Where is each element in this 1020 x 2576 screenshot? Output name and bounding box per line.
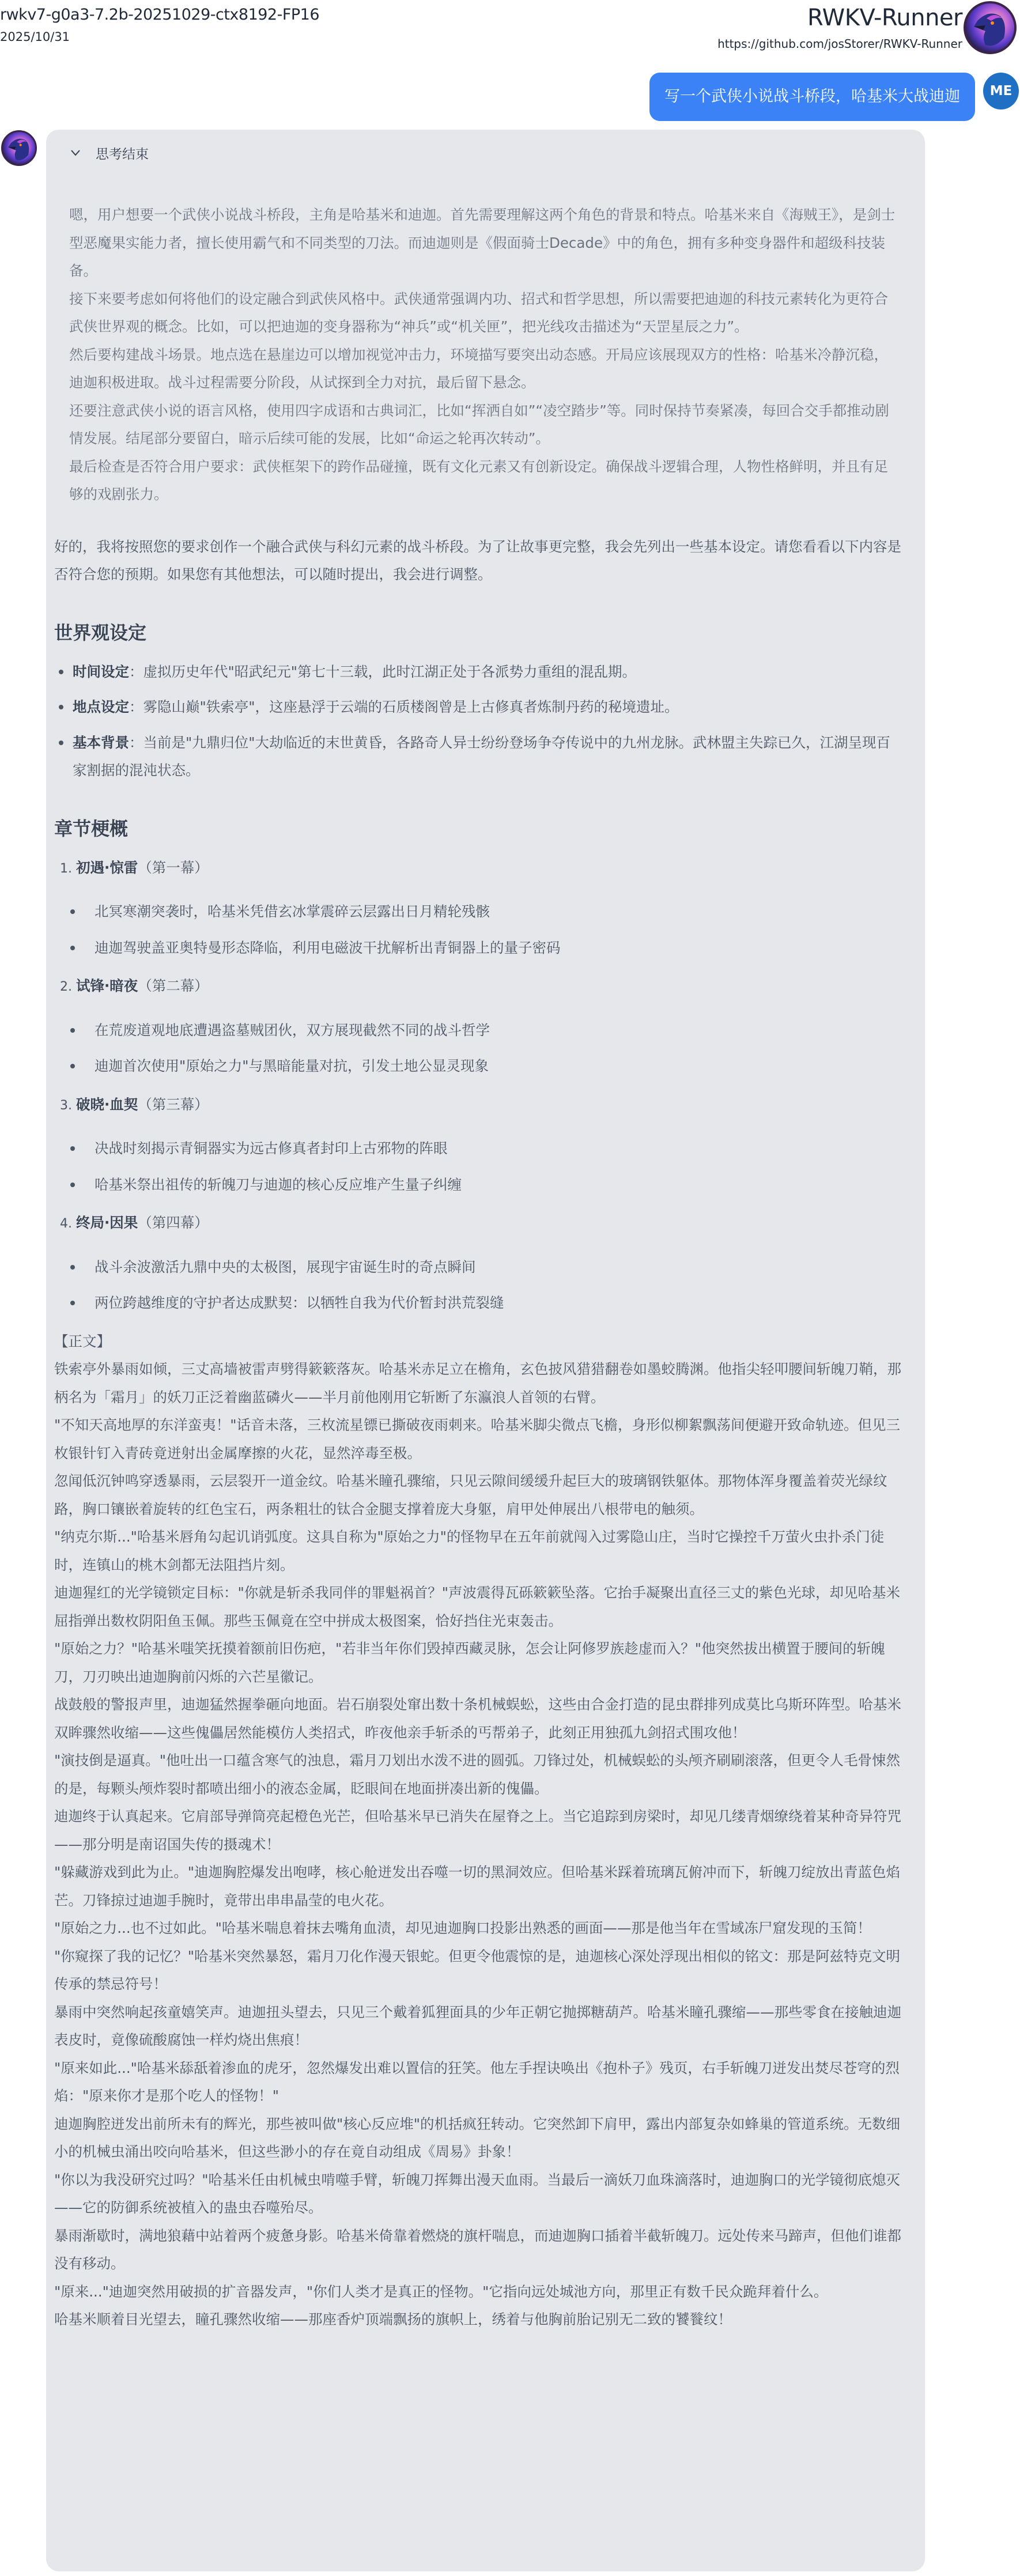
story-body: 【正文】 铁索亭外暴雨如倾，三丈高墙被雷声劈得簌簌落灰。哈基米赤足立在檐角，玄色… — [54, 1328, 902, 2334]
chapter-block: 2.试锋·暗夜（第二幕） 在荒废道观地底遭遇盗墓贼团伙，双方展现截然不同的战斗哲… — [54, 972, 902, 1081]
story-paragraph: "不知天高地厚的东洋蛮夷！"话音未落，三枚流星镖已撕破夜雨刺来。哈基米脚尖微点飞… — [54, 1411, 902, 1467]
chapter-number: 1. — [60, 855, 69, 883]
story-paragraph: 迪迦终于认真起来。它肩部导弹筒亮起橙色光芒，但哈基米早已消失在屋脊之上。当它追踪… — [54, 1803, 902, 1859]
chapter-name: 试锋·暗夜 — [76, 977, 138, 994]
story-paragraph: "原始之力？"哈基米嗤笑抚摸着额前旧伤疤，"若非当年你们毁掉西藏灵脉，怎会让阿修… — [54, 1635, 902, 1691]
story-paragraph: "你窥探了我的记忆？"哈基米突然暴怒，霜月刀化作漫天银蛇。但更令他震惊的是，迪迦… — [54, 1943, 902, 1999]
list-item: 迪迦首次使用"原始之力"与黑暗能量对抗，引发土地公显灵现象 — [70, 1052, 902, 1081]
raven-icon — [3, 132, 35, 164]
item-text: ：虚拟历史年代"昭武纪元"第七十三载，此时江湖正处于各派势力重组的混乱期。 — [129, 663, 636, 680]
thinking-content: 嗯，用户想要一个武侠小说战斗桥段，主角是哈基米和迪迦。首先需要理解这两个角色的背… — [54, 201, 902, 509]
chapter-act: （第四幕） — [138, 1214, 209, 1231]
list-item: 战斗余波激活九鼎中央的太极图，展现宇宙诞生时的奇点瞬间 — [70, 1253, 902, 1282]
conversation-date: 2025/10/31 — [0, 30, 70, 44]
story-paragraph: "躲藏游戏到此为止。"迪迦胸腔爆发出咆哮，核心舱迸发出吞噬一切的黑洞效应。但哈基… — [54, 1859, 902, 1914]
thinking-paragraph: 然后要构建战斗场景。地点选在悬崖边可以增加视觉冲击力，环境描写要突出动态感。开局… — [69, 341, 902, 397]
chapter-act: （第二幕） — [138, 977, 209, 994]
thinking-toggle-label: 思考结束 — [96, 143, 149, 163]
chapter-number: 2. — [60, 973, 69, 1002]
story-paragraph: 战鼓般的警报声里，迪迦猛然握拳砸向地面。岩石崩裂处窜出数十条机械蜈蚣，这些由合金… — [54, 1691, 902, 1747]
assistant-answer: 好的，我将按照您的要求创作一个融合武侠与科幻元素的战斗桥段。为了让故事更完整，我… — [54, 533, 902, 2334]
chapter-act: （第一幕） — [138, 859, 209, 876]
brand-block: RWKV-Runner https://github.com/josStorer… — [717, 2, 962, 51]
item-text: ：雾隐山巅"铁索亭"，这座悬浮于云端的石质楼阁曾是上古修真者炼制丹药的秘境遗址。 — [129, 698, 679, 715]
story-label: 【正文】 — [54, 1328, 902, 1356]
user-avatar: ME — [983, 73, 1019, 109]
chapter-title: 1.初遇·惊雷（第一幕） — [54, 854, 902, 883]
brand-title: RWKV-Runner — [717, 2, 962, 33]
user-message-bubble: 写一个武侠小说战斗桥段，哈基米大战迪迦 — [649, 73, 975, 121]
chevron-down-icon — [69, 146, 82, 159]
story-paragraph: 铁索亭外暴雨如倾，三丈高墙被雷声劈得簌簌落灰。哈基米赤足立在檐角，玄色披风猎猎翻… — [54, 1355, 902, 1411]
story-paragraph: 暴雨中突然响起孩童嬉笑声。迪迦扭头望去，只见三个戴着狐狸面具的少年正朝它抛掷糖葫… — [54, 1999, 902, 2054]
brand-url[interactable]: https://github.com/josStorer/RWKV-Runner — [717, 37, 962, 51]
list-item: 地点设定：雾隐山巅"铁索亭"，这座悬浮于云端的石质楼阁曾是上古修真者炼制丹药的秘… — [59, 693, 902, 722]
answer-intro: 好的，我将按照您的要求创作一个融合武侠与科幻元素的战斗桥段。为了让故事更完整，我… — [54, 533, 902, 589]
story-paragraph: 迪迦猩红的光学镜锁定目标："你就是斩杀我同伴的罪魁祸首？"声波震得瓦砾簌簌坠落。… — [54, 1579, 902, 1635]
model-name: rwkv7-g0a3-7.2b-20251029-ctx8192-FP16 — [0, 6, 319, 24]
chapter-title: 3.破晓·血契（第三幕） — [54, 1091, 902, 1120]
thinking-paragraph: 还要注意武侠小说的语言风格，使用四字成语和古典词汇，比如“挥洒自如”“凌空踏步”… — [69, 397, 902, 453]
chapter-block: 1.初遇·惊雷（第一幕） 北冥寒潮突袭时，哈基米凭借玄冰掌震碎云层露出日月精轮残… — [54, 854, 902, 962]
raven-icon — [966, 3, 1014, 52]
list-item: 两位跨越维度的守护者达成默契：以牺牲自我为代价暂封洪荒裂缝 — [70, 1289, 902, 1317]
list-item: 在荒废道观地底遭遇盗墓贼团伙，双方展现截然不同的战斗哲学 — [70, 1017, 902, 1045]
chapter-number: 3. — [60, 1092, 69, 1120]
story-paragraph: "原来..."迪迦突然用破损的扩音器发声，"你们人类才是真正的怪物。"它指向远处… — [54, 2278, 902, 2306]
story-paragraph: 哈基米顺着目光望去，瞳孔骤然收缩——那座香炉顶端飘扬的旗帜上，绣着与他胸前胎记别… — [54, 2306, 902, 2334]
chapter-name: 破晓·血契 — [76, 1096, 138, 1113]
thinking-toggle[interactable]: 思考结束 — [54, 132, 902, 173]
story-paragraph: 忽闻低沉钟鸣穿透暴雨，云层裂开一道金纹。哈基米瞳孔骤缩，只见云隙间缓缓升起巨大的… — [54, 1467, 902, 1523]
chapter-title: 2.试锋·暗夜（第二幕） — [54, 972, 902, 1002]
chapters-heading: 章节梗概 — [54, 815, 902, 843]
list-item: 迪迦驾驶盖亚奥特曼形态降临，利用电磁波干扰解析出青铜器上的量子密码 — [70, 934, 902, 962]
assistant-avatar — [1, 130, 37, 166]
item-text: ：当前是"九鼎归位"大劫临近的末世黄昏，各路奇人异士纷纷登场争夺传说中的九州龙脉… — [73, 734, 890, 779]
chapter-name: 初遇·惊雷 — [76, 859, 138, 876]
chapter-number: 4. — [60, 1210, 69, 1238]
story-paragraph: 迪迦胸腔迸发出前所未有的辉光，那些被叫做"核心反应堆"的机括疯狂转动。它突然卸下… — [54, 2110, 902, 2166]
item-label: 地点设定 — [73, 698, 129, 715]
list-item: 基本背景：当前是"九鼎归位"大劫临近的末世黄昏，各路奇人异士纷纷登场争夺传说中的… — [59, 729, 902, 785]
thinking-paragraph: 最后检查是否符合用户要求：武侠框架下的跨作品碰撞，既有文化元素又有创新设定。确保… — [69, 453, 902, 509]
chapter-block: 4.终局·因果（第四幕） 战斗余波激活九鼎中央的太极图，展现宇宙诞生时的奇点瞬间… — [54, 1209, 902, 1317]
chapter-name: 终局·因果 — [76, 1214, 138, 1231]
world-settings-list: 时间设定：虚拟历史年代"昭武纪元"第七十三载，此时江湖正处于各派势力重组的混乱期… — [54, 658, 902, 785]
story-paragraph: "纳克尔斯..."哈基米唇角勾起讥诮弧度。这具自称为"原始之力"的怪物早在五年前… — [54, 1523, 902, 1579]
user-message-row: 写一个武侠小说战斗桥段，哈基米大战迪迦 ME — [649, 73, 1020, 121]
list-item: 时间设定：虚拟历史年代"昭武纪元"第七十三载，此时江湖正处于各派势力重组的混乱期… — [59, 658, 902, 686]
thinking-paragraph: 接下来要考虑如何将他们的设定融合到武侠风格中。武侠通常强调内功、招式和哲学思想，… — [69, 285, 902, 341]
story-paragraph: "演技倒是逼真。"他吐出一口蕴含寒气的浊息，霜月刀划出水泼不进的圆弧。刀锋过处，… — [54, 1747, 902, 1803]
story-paragraph: "原始之力...也不过如此。"哈基米喘息着抹去嘴角血渍，却见迪迦胸口投影出熟悉的… — [54, 1914, 902, 1943]
chapter-act: （第三幕） — [138, 1096, 209, 1113]
chapter-title: 4.终局·因果（第四幕） — [54, 1209, 902, 1238]
chapter-block: 3.破晓·血契（第三幕） 决战时刻揭示青铜器实为远古修真者封印上古邪物的阵眼 哈… — [54, 1091, 902, 1199]
assistant-message-bubble: 思考结束 嗯，用户想要一个武侠小说战斗桥段，主角是哈基米和迪迦。首先需要理解这两… — [46, 130, 925, 2571]
brand-logo-avatar — [964, 1, 1017, 54]
world-heading: 世界观设定 — [54, 619, 902, 647]
story-paragraph: 暴雨渐歇时，满地狼藉中站着两个疲惫身影。哈基米倚靠着燃烧的旗杆喘息，而迪迦胸口插… — [54, 2222, 902, 2278]
list-item: 北冥寒潮突袭时，哈基米凭借玄冰掌震碎云层露出日月精轮残骸 — [70, 898, 902, 926]
page-header: rwkv7-g0a3-7.2b-20251029-ctx8192-FP16 20… — [0, 0, 1020, 69]
item-label: 时间设定 — [73, 663, 129, 680]
item-label: 基本背景 — [73, 734, 129, 751]
thinking-paragraph: 嗯，用户想要一个武侠小说战斗桥段，主角是哈基米和迪迦。首先需要理解这两个角色的背… — [69, 201, 902, 285]
story-paragraph: "原来如此..."哈基米舔舐着渗血的虎牙，忽然爆发出难以置信的狂笑。他左手捏诀唤… — [54, 2054, 902, 2110]
story-paragraph: "你以为我没研究过吗？"哈基米任由机械虫啃噬手臂，斩魄刀挥舞出漫天血雨。当最后一… — [54, 2166, 902, 2222]
list-item: 决战时刻揭示青铜器实为远古修真者封印上古邪物的阵眼 — [70, 1135, 902, 1163]
list-item: 哈基米祭出祖传的斩魄刀与迪迦的核心反应堆产生量子纠缠 — [70, 1171, 902, 1199]
